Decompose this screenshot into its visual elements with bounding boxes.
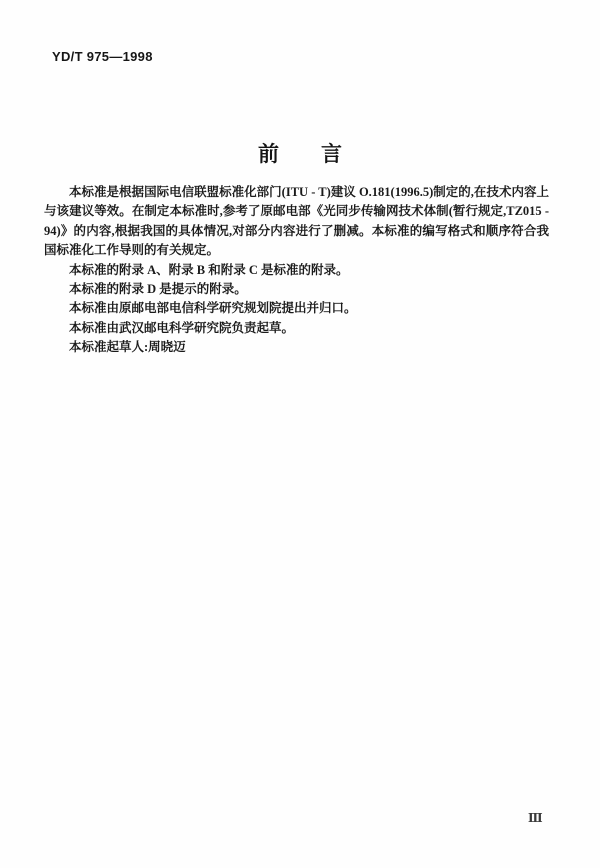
foreword-item-proposed-by: 本标准由原邮电部电信科学研究规划院提出并归口。 — [44, 299, 549, 318]
foreword-item-drafted-by: 本标准由武汉邮电科学研究院负责起草。 — [44, 319, 549, 338]
document-page: YD/T 975—1998 前 言 本标准是根据国际电信联盟标准化部门(ITU … — [0, 0, 600, 868]
standard-number: YD/T 975—1998 — [52, 49, 153, 64]
foreword-content: 本标准是根据国际电信联盟标准化部门(ITU - T)建议 O.181(1996.… — [44, 183, 549, 358]
foreword-item-appendix-abc: 本标准的附录 A、附录 B 和附录 C 是标准的附录。 — [44, 261, 549, 280]
foreword-item-appendix-d: 本标准的附录 D 是提示的附录。 — [44, 280, 549, 299]
foreword-item-drafter: 本标准起草人:周晓迈 — [44, 338, 549, 357]
page-number: Ⅲ — [528, 811, 543, 826]
foreword-paragraph: 本标准是根据国际电信联盟标准化部门(ITU - T)建议 O.181(1996.… — [44, 183, 549, 261]
page-title: 前 言 — [0, 138, 600, 168]
